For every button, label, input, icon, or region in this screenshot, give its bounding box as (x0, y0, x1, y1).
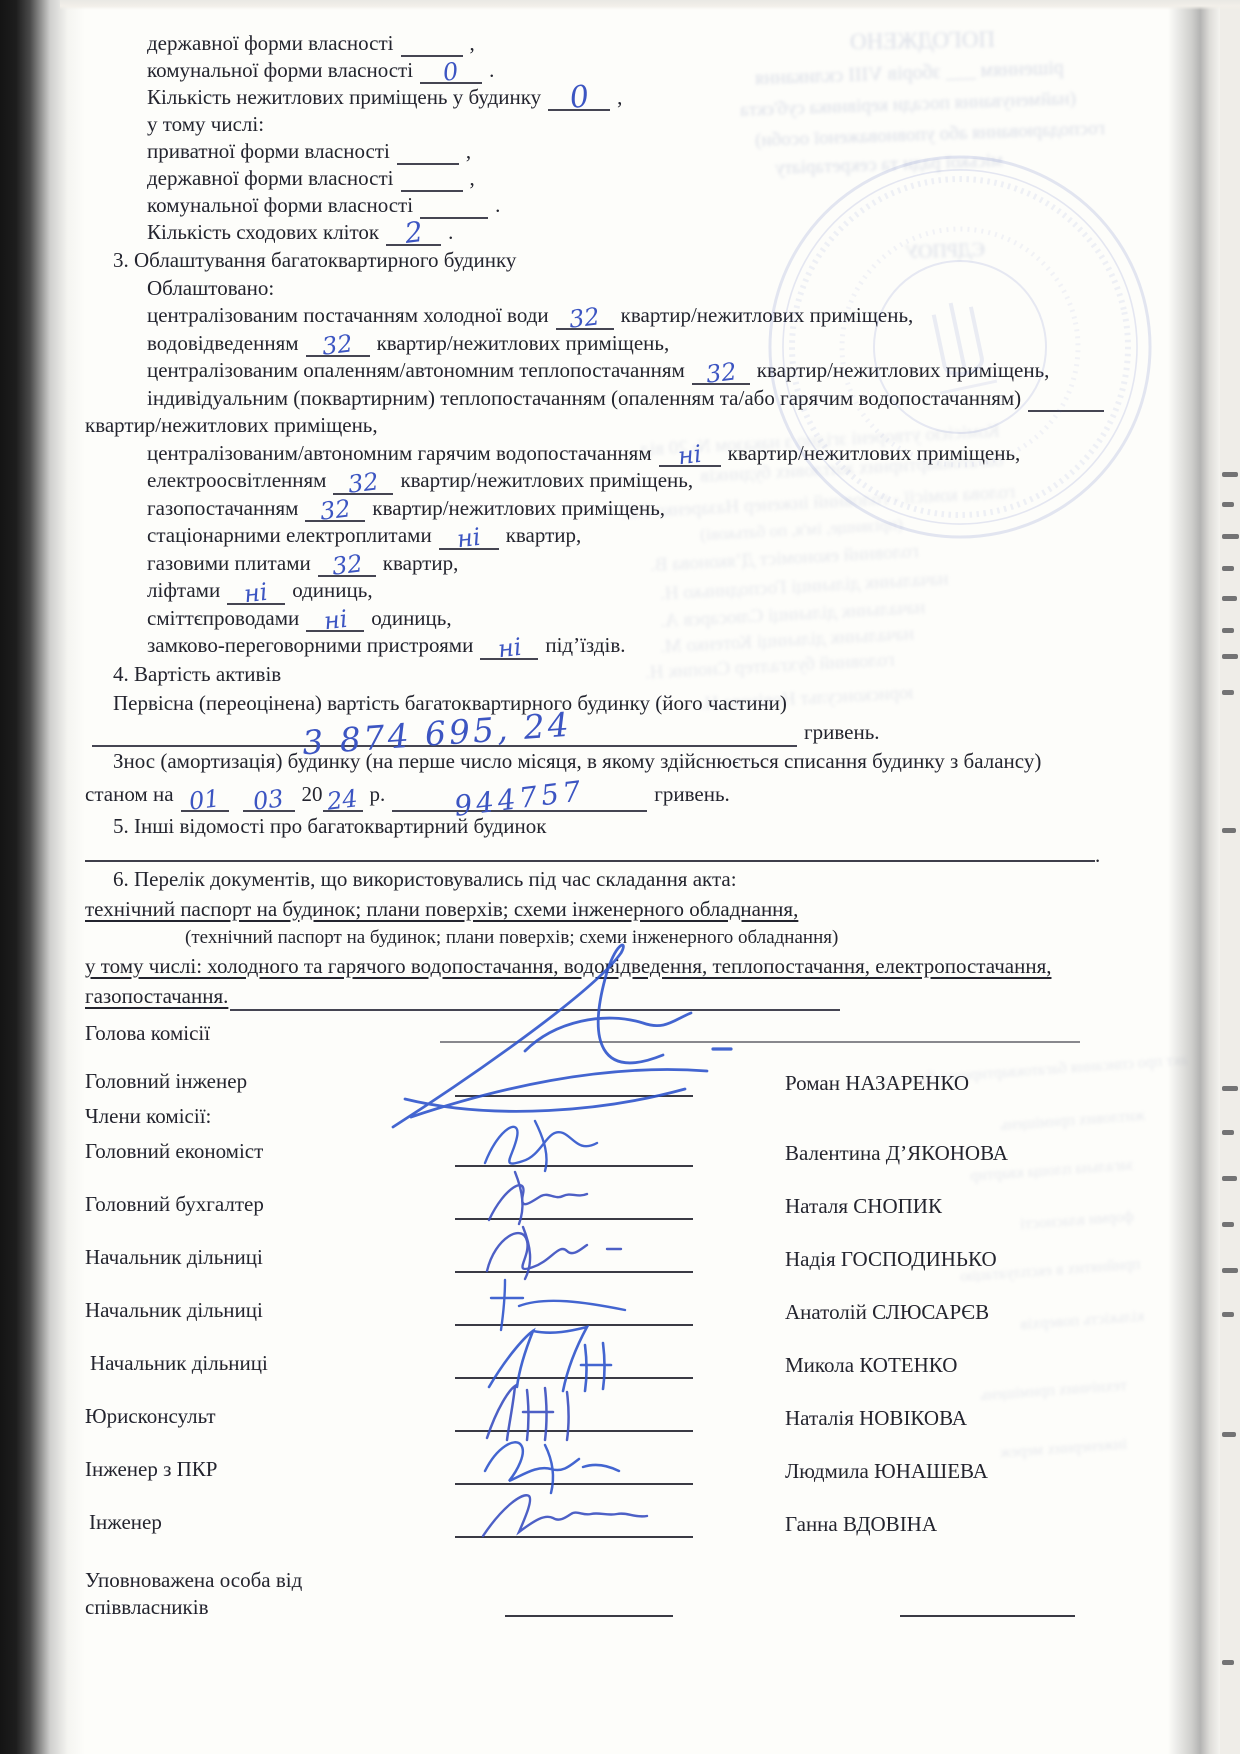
field-suffix: під’їздів. (545, 633, 625, 657)
blank-rule (85, 840, 1095, 862)
handwritten-depreciation: 944757 (454, 781, 586, 817)
depreciation-caption: Знос (амортизація) будинку (на перше чис… (113, 747, 1165, 776)
form-line: комунальної форми власності. (147, 192, 1165, 219)
role-label: Головний економіст (85, 1139, 263, 1164)
field-label: газовими плитами (147, 551, 311, 575)
signer-name: Наталія НОВІКОВА (785, 1406, 967, 1431)
blank-field: 32 (692, 362, 750, 385)
signer-name: Людмила ЮНАШЕВА (785, 1459, 988, 1484)
section-title: 4. Вартість активів (113, 660, 1165, 689)
form-line: замково-переговорними пристрояминіпід’їз… (147, 632, 1165, 660)
currency-label: гривень. (654, 782, 730, 806)
handwritten-value: ні (496, 636, 522, 659)
year-abbr: р. (370, 782, 386, 806)
handwritten-value: 32 (704, 361, 737, 385)
form-line: у тому числі: (147, 111, 1165, 138)
blank-field: 944757 (392, 789, 647, 812)
page-edge-mark (1222, 1660, 1234, 1665)
section-4: 4. Вартість активів Первісна (переоцінен… (85, 660, 1165, 812)
empty-rule-line: . (85, 840, 1165, 864)
currency-label: гривень. (804, 720, 880, 744)
section-title: 5. Інші відомості про багатоквартирний б… (113, 812, 1165, 840)
form-line: Кількість нежитлових приміщень у будинку… (147, 84, 1165, 111)
field-label: водовідведенням (147, 331, 299, 355)
including-text: газопостачання. (85, 984, 228, 1008)
form-line: індивідуальним (поквартирним) теплопоста… (147, 385, 1165, 413)
section-subtitle: Облаштовано: (147, 274, 1165, 302)
form-line: централізованим постачанням холодної вод… (147, 302, 1165, 330)
authorized-label: Уповноважена особа від (85, 1567, 302, 1594)
signature-scribble (475, 1166, 625, 1226)
form-line: комунальної форми власності0. (147, 57, 1165, 84)
field-label: централізованим постачанням холодної вод… (147, 303, 549, 327)
blank-field: 0 (420, 61, 482, 84)
field-label: приватної форми власності (147, 139, 390, 163)
field-label: Кількість сходових кліток (147, 220, 379, 244)
field-label: централізованим/автономним гарячим водоп… (147, 441, 652, 465)
page-edge-mark (1222, 596, 1237, 601)
handwritten-value: ні (677, 444, 703, 467)
field-label: замково-переговорними пристроями (147, 633, 473, 657)
page-edge-mark (1222, 628, 1234, 633)
handwritten-value: 0 (568, 87, 589, 109)
blank-field: 03 (243, 789, 295, 812)
handwritten-value: ні (456, 526, 482, 549)
form-line: стаціонарними електроплитаминіквартир, (147, 522, 1165, 550)
handwritten-value: 32 (568, 306, 601, 330)
signature-row-chief-engineer: Головний інженер Роман НАЗАРЕНКО (85, 1059, 1165, 1103)
field-label: станом на (85, 782, 174, 806)
form-line: державної форми власності, (147, 30, 1165, 57)
blank-field (420, 196, 488, 219)
signature-line (900, 1615, 1075, 1617)
field-label: індивідуальним (поквартирним) теплопоста… (147, 386, 1021, 410)
depreciation-line: станом на01032024р.944757гривень. (85, 776, 1165, 812)
field-suffix: . (495, 193, 500, 217)
role-label: Начальник дільниці (90, 1351, 268, 1376)
document-body: державної форми власності, комунальної ф… (85, 30, 1165, 1687)
form-line: ліфтаминіодиниць, (147, 577, 1165, 605)
page-edge-mark (1222, 1222, 1234, 1227)
page-edge-mark (1222, 1176, 1237, 1181)
blank-field: 3 874 695, 24 (92, 724, 797, 747)
blank-field: ні (439, 527, 499, 550)
signer-name: Микола КОТЕНКО (785, 1353, 957, 1378)
signer-name: Надія ГОСПОДИНЬКО (785, 1247, 997, 1272)
year-prefix: 20 (302, 782, 323, 806)
field-suffix: , (617, 85, 622, 109)
documents-line: технічний паспорт на будинок; плани пове… (85, 894, 1165, 924)
role-label: Головний інженер (85, 1069, 247, 1094)
blank-field: 24 (323, 789, 363, 812)
blank-field (397, 142, 459, 165)
blank-field: ні (659, 444, 721, 467)
field-label: ліфтами (147, 578, 220, 602)
documents-text: технічний паспорт на будинок; плани пове… (85, 897, 798, 921)
form-line: державної форми власності, (147, 165, 1165, 192)
page-edge-mark (1222, 1086, 1238, 1091)
form-line: газопостачанням32квартир/нежитлових прим… (147, 495, 1165, 523)
handwritten-month: 03 (252, 788, 285, 812)
page-edge-mark (1222, 502, 1234, 507)
blank-field: 32 (333, 472, 393, 495)
field-label: централізованим опаленням/автономним теп… (147, 358, 685, 382)
page-edge-mark (1222, 566, 1234, 571)
page-edge-mark (1222, 1432, 1236, 1437)
form-line: водовідведенням32квартир/нежитлових прим… (147, 330, 1165, 358)
field-label: стаціонарними електроплитами (147, 523, 432, 547)
handwritten-value: 2 (404, 222, 424, 244)
signer-name: Наталя СНОПИК (785, 1194, 942, 1219)
page-edge-mark (1222, 534, 1239, 539)
blank-field (1028, 389, 1104, 412)
field-suffix: квартир/нежитлових приміщень, (372, 496, 665, 520)
role-label: Начальник дільниці (85, 1298, 263, 1323)
form-line: електроосвітленням32квартир/нежитлових п… (147, 467, 1165, 495)
signer-name: Анатолій СЛЮСАРЄВ (785, 1300, 989, 1325)
page-edge-mark (1222, 472, 1238, 477)
page-edge-mark (1222, 654, 1238, 659)
signature-block: Голова комісії Головний інженер Роман НА… (85, 1011, 1165, 1687)
field-suffix: , (470, 166, 475, 190)
authorized-person-block: Уповноважена особа від співвласників (85, 1567, 1165, 1687)
section-5: 5. Інші відомості про багатоквартирний б… (85, 812, 1165, 864)
form-line: приватної форми власності, (147, 138, 1165, 165)
role-label: Головний бухгалтер (85, 1192, 264, 1217)
field-label: комунальної форми власності (147, 58, 413, 82)
page-fold-shadow (1168, 0, 1220, 1754)
field-suffix: одиниць, (371, 606, 451, 630)
role-label: Голова комісії (85, 1021, 210, 1046)
page-edge-mark (1222, 1312, 1234, 1317)
field-suffix: квартир/нежитлових приміщень, (85, 413, 378, 437)
equipment-list: централізованим постачанням холодної вод… (85, 302, 1165, 660)
form-line: централізованим/автономним гарячим водоп… (147, 440, 1165, 468)
field-label: Кількість нежитлових приміщень у будинку (147, 85, 541, 109)
members-label: Члени комісії: (85, 1104, 211, 1128)
field-label: комунальної форми власності (147, 193, 413, 217)
role-label: Інженер з ПКР (85, 1457, 218, 1482)
signature-scribble (475, 1484, 665, 1544)
blank-field: 2 (386, 223, 441, 246)
role-label: Юрисконсульт (85, 1404, 216, 1429)
field-label: державної форми власності (147, 31, 394, 55)
field-suffix: одиниць, (292, 578, 372, 602)
field-suffix: . (448, 220, 453, 244)
value-caption: Первісна (переоцінена) вартість багатокв… (113, 689, 1165, 718)
authorized-label: співвласників (85, 1594, 209, 1621)
scan-left-shadow (0, 0, 85, 1754)
form-line: сміттєпроводаминіодиниць, (147, 605, 1165, 633)
section-3-heading: 3. Облаштування багатоквартирного будинк… (85, 246, 1165, 302)
signature-scribble (475, 1113, 625, 1173)
field-label: сміттєпроводами (147, 606, 299, 630)
signature-row: Інженер Ганна ВДОВІНА (85, 1500, 1165, 1553)
value-line: 3 874 695, 24гривень. (85, 718, 1165, 747)
handwritten-value: ні (322, 609, 348, 632)
handwritten-value: ні (243, 581, 269, 604)
field-suffix: квартир, (506, 523, 582, 547)
next-page-edge (1220, 0, 1240, 1754)
handwritten-value: 32 (321, 333, 354, 357)
form-line: Кількість сходових кліток2. (147, 219, 1165, 246)
handwritten-value: 0 (442, 61, 460, 83)
ownership-block: державної форми власності, комунальної ф… (85, 30, 1165, 246)
field-suffix: . (489, 58, 494, 82)
role-label: Інженер (89, 1510, 162, 1535)
signer-name: Ганна ВДОВІНА (785, 1512, 937, 1537)
form-line: централізованим опаленням/автономним теп… (147, 357, 1165, 385)
signer-name: Валентина Д’ЯКОНОВА (785, 1141, 1008, 1166)
field-label: газопостачанням (147, 496, 298, 520)
handwritten-day: 01 (188, 788, 221, 812)
field-suffix: квартир, (383, 551, 459, 575)
handwritten-year: 24 (326, 788, 359, 812)
blank-field: 0 (548, 88, 610, 111)
page-edge-mark (1222, 828, 1236, 833)
section-title: 6. Перелік документів, що використовувал… (113, 864, 1165, 894)
handwritten-value: 32 (330, 553, 363, 577)
role-label: Начальник дільниці (85, 1245, 263, 1270)
blank-field: 32 (306, 334, 370, 357)
field-suffix: , (466, 139, 471, 163)
field-suffix: квартир/нежитлових приміщень, (757, 358, 1050, 382)
blank-field: 01 (181, 789, 229, 812)
blank-field: 32 (305, 499, 365, 522)
blank-field (401, 34, 463, 57)
signature-line (505, 1615, 673, 1617)
section-title: 3. Облаштування багатоквартирного будинк… (113, 246, 1165, 274)
signer-name: Роман НАЗАРЕНКО (785, 1071, 969, 1096)
blank-field: ні (480, 637, 538, 660)
field-label: державної форми власності (147, 166, 394, 190)
page-edge-mark (1222, 1268, 1238, 1273)
field-suffix: квартир/нежитлових приміщень, (621, 303, 914, 327)
form-line: газовими плитами32квартир, (147, 550, 1165, 578)
field-label: електроосвітленням (147, 468, 326, 492)
rule-period: . (1095, 843, 1100, 867)
form-line-wrap: квартир/нежитлових приміщень, (85, 412, 1165, 440)
blank-field: 32 (318, 554, 376, 577)
handwritten-value: 32 (347, 471, 380, 495)
page-edge-mark (1222, 690, 1234, 695)
field-suffix: , (470, 31, 475, 55)
blank-field (401, 169, 463, 192)
signature-scribble (475, 1272, 645, 1332)
handwritten-value: 32 (319, 498, 352, 522)
blank-field: 32 (556, 307, 614, 330)
blank-field: ні (227, 582, 285, 605)
field-suffix: квартир/нежитлових приміщень, (728, 441, 1021, 465)
blank-field: ні (306, 609, 364, 632)
scan-top-edge (60, 0, 1240, 10)
field-suffix: квартир/нежитлових приміщень, (377, 331, 670, 355)
page-edge-mark (1222, 1130, 1234, 1135)
field-suffix: квартир/нежитлових приміщень, (400, 468, 693, 492)
